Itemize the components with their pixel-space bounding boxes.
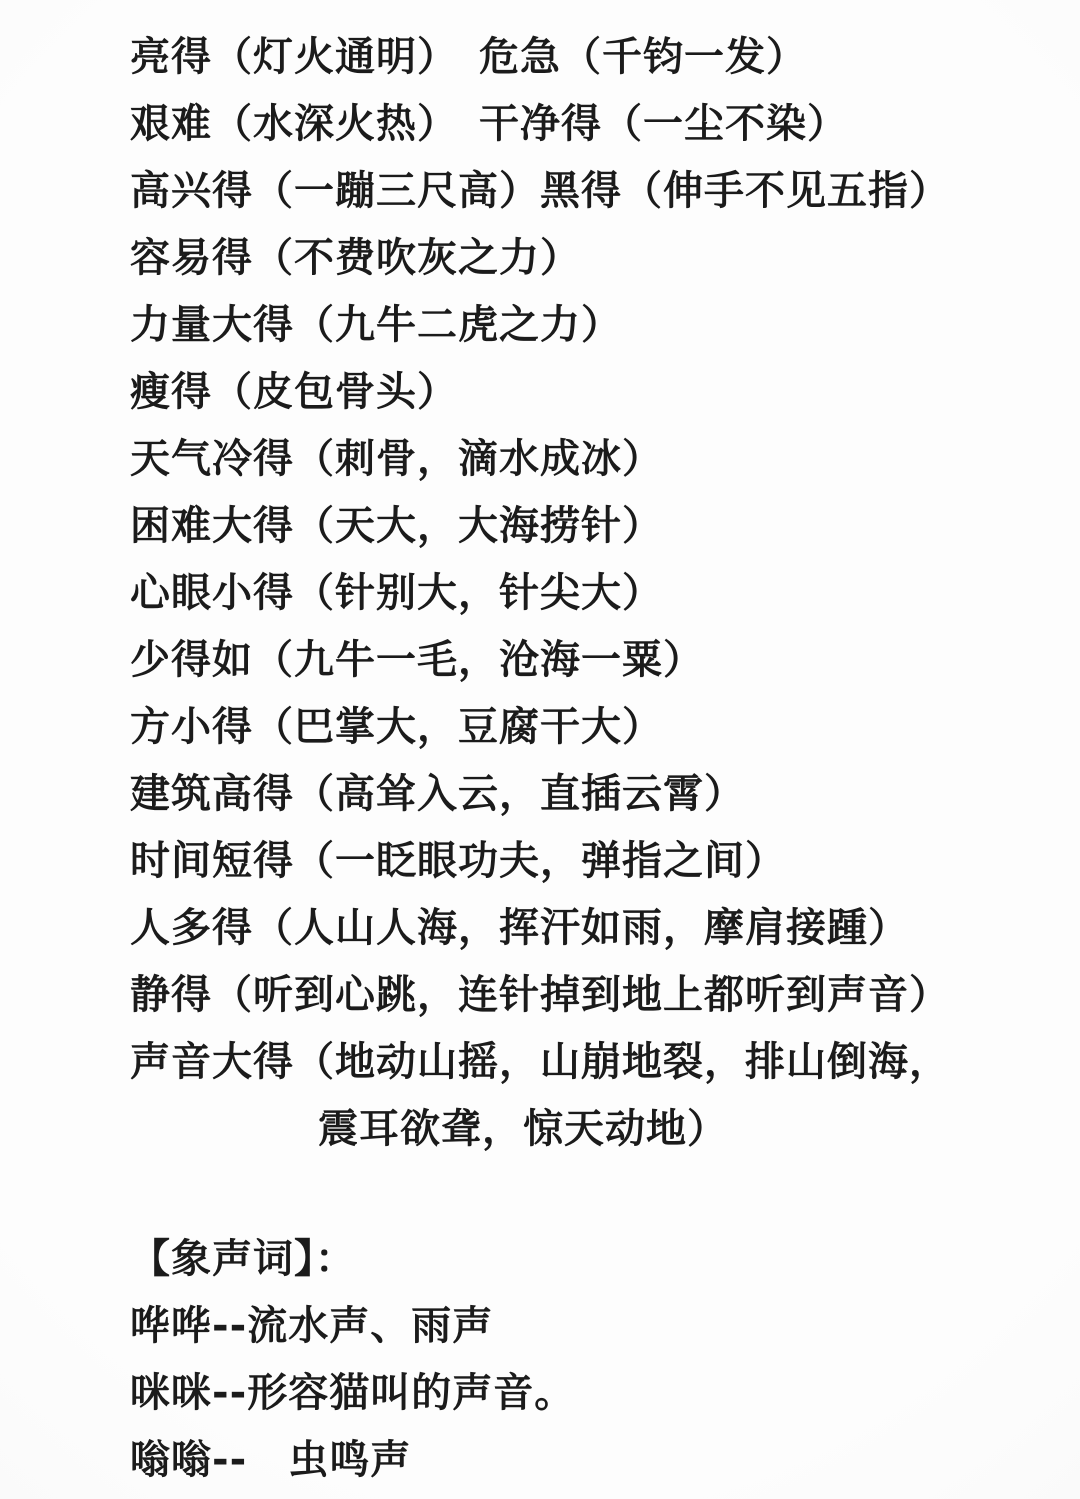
phrase-line: 声音大得（地动山摇，山崩地裂，排山倒海， <box>130 1029 1050 1096</box>
onomatopoeia-item: 咪咪--形容猫叫的声音。 <box>130 1360 1050 1427</box>
phrase-line: 方小得（巴掌大，豆腐干大） <box>130 694 1050 761</box>
phrase-line: 时间短得（一眨眼功夫，弹指之间） <box>130 828 1050 895</box>
phrase-line-continuation: 震耳欲聋，惊天动地） <box>318 1096 1050 1163</box>
phrase-line: 艰难（水深火热） 干净得（一尘不染） <box>130 91 1050 158</box>
onomatopoeia-item: 嗡嗡-- 虫鸣声 <box>130 1427 1050 1494</box>
phrase-line: 亮得（灯火通明） 危急（千钧一发） <box>130 24 1050 91</box>
phrase-line: 人多得（人山人海，挥汗如雨，摩肩接踵） <box>130 895 1050 962</box>
phrase-line: 困难大得（天大，大海捞针） <box>130 493 1050 560</box>
phrase-list: 亮得（灯火通明） 危急（千钧一发） 艰难（水深火热） 干净得（一尘不染） 高兴得… <box>130 24 1050 1163</box>
document-page: 亮得（灯火通明） 危急（千钧一发） 艰难（水深火热） 干净得（一尘不染） 高兴得… <box>0 0 1080 1499</box>
phrase-line: 天气冷得（刺骨，滴水成冰） <box>130 426 1050 493</box>
onomatopoeia-header: 【象声词】： <box>130 1226 1050 1293</box>
phrase-line: 容易得（不费吹灰之力） <box>130 225 1050 292</box>
section-spacer <box>130 1163 1050 1226</box>
phrase-line: 建筑高得（高耸入云，直插云霄） <box>130 761 1050 828</box>
phrase-line: 心眼小得（针别大，针尖大） <box>130 560 1050 627</box>
phrase-line: 少得如（九牛一毛，沧海一粟） <box>130 627 1050 694</box>
phrase-line: 高兴得（一蹦三尺高）黑得（伸手不见五指） <box>130 158 1050 225</box>
phrase-line: 瘦得（皮包骨头） <box>130 359 1050 426</box>
phrase-line: 力量大得（九牛二虎之力） <box>130 292 1050 359</box>
onomatopoeia-item: 哗哗--流水声、雨声 <box>130 1293 1050 1360</box>
onomatopoeia-section: 【象声词】： 哗哗--流水声、雨声 咪咪--形容猫叫的声音。 嗡嗡-- 虫鸣声 <box>130 1226 1050 1494</box>
phrase-line: 静得（听到心跳，连针掉到地上都听到声音） <box>130 962 1050 1029</box>
